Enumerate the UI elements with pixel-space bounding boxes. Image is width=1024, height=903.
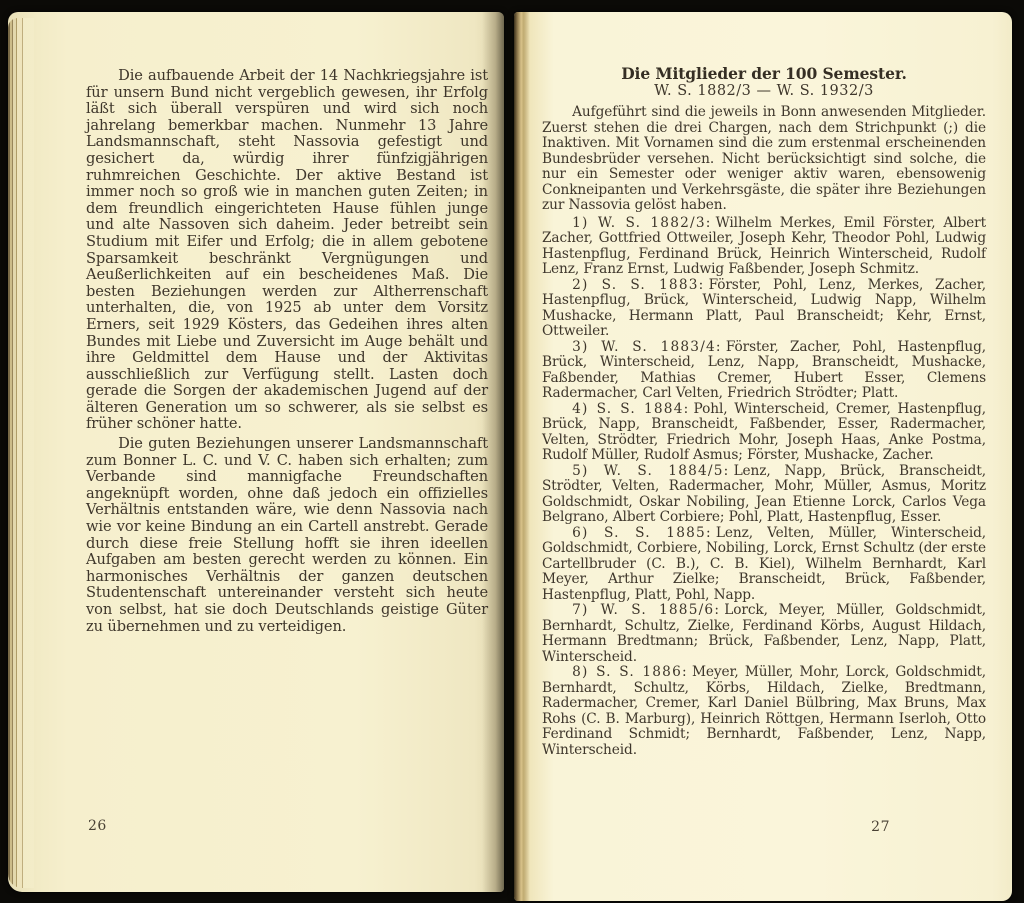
semester-entry: 5) W. S. 1884/5:Lenz, Napp, Brück, Brans… <box>542 464 986 526</box>
entry-label: 1) W. S. 1882/3: <box>572 215 711 231</box>
semester-entry: 8) S. S. 1886:Meyer, Müller, Mohr, Lorck… <box>542 665 986 758</box>
entry-label: 5) W. S. 1884/5: <box>572 463 729 479</box>
entry-label: 8) S. S. 1886: <box>572 664 688 680</box>
left-page-text-block: Die aufbauende Arbeit der 14 Nachkriegsj… <box>86 68 488 638</box>
right-page: Die Mitglieder der 100 Semester. W. S. 1… <box>514 12 1012 901</box>
semester-entry: 6) S. S. 1885:Lenz, Velten, Müller, Wint… <box>542 526 986 604</box>
inner-page-edge <box>514 12 530 901</box>
semester-entry: 1) W. S. 1882/3:Wilhelm Merkes, Emil För… <box>542 216 986 278</box>
chapter-subheading: W. S. 1882/3 — W. S. 1932/3 <box>542 84 986 100</box>
entry-label: 3) W. S. 1883/4: <box>572 339 722 355</box>
entry-label: 4) S. S. 1884: <box>572 401 689 417</box>
page-number-right: 27 <box>871 819 890 835</box>
entry-label: 2) S. S. 1883: <box>572 277 704 293</box>
chapter-heading: Die Mitglieder der 100 Semester. <box>542 66 986 82</box>
semester-entry: 2) S. S. 1883:Förster, Pohl, Lenz, Merke… <box>542 278 986 340</box>
right-page-text-block: Die Mitglieder der 100 Semester. W. S. 1… <box>542 66 986 758</box>
semester-entry: 4) S. S. 1884:Pohl, Winterscheid, Cremer… <box>542 402 986 464</box>
page-edge-stack <box>8 18 34 888</box>
semester-entry: 7) W. S. 1885/6:Lorck, Meyer, Müller, Go… <box>542 603 986 665</box>
intro-paragraph: Aufgeführt sind die jeweils in Bonn anwe… <box>542 105 986 214</box>
entry-label: 6) S. S. 1885: <box>572 525 712 541</box>
paragraph: Die aufbauende Arbeit der 14 Nachkriegsj… <box>86 68 488 433</box>
left-page: Die aufbauende Arbeit der 14 Nachkriegsj… <box>8 12 504 892</box>
semester-entry: 3) W. S. 1883/4:Förster, Zacher, Pohl, H… <box>542 340 986 402</box>
page-number-left: 26 <box>88 818 107 834</box>
entry-label: 7) W. S. 1885/6: <box>572 602 720 618</box>
paragraph: Die guten Beziehungen unserer Landsmanns… <box>86 436 488 635</box>
